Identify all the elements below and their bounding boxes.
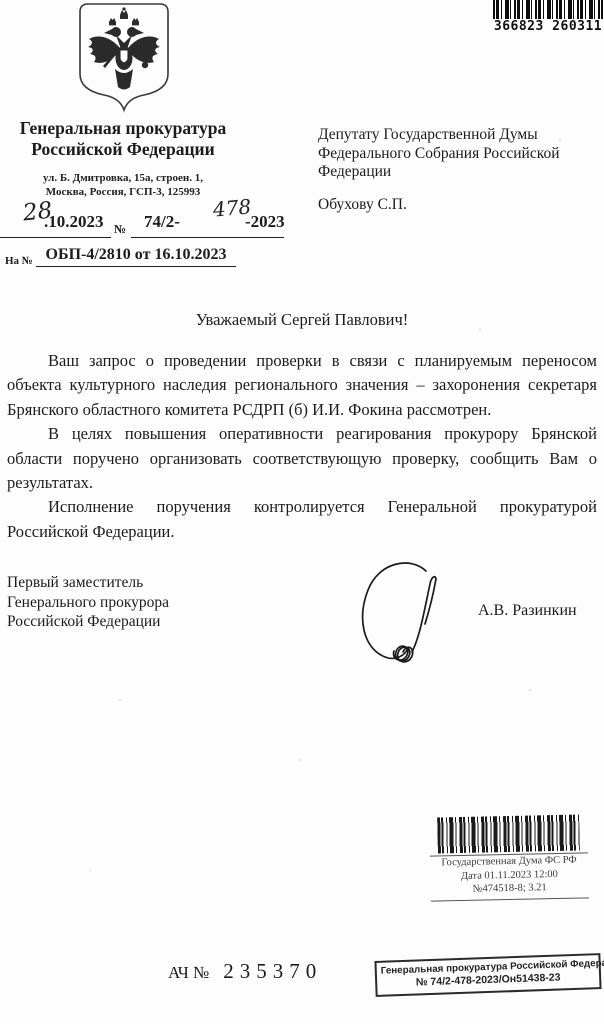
barcode-image xyxy=(493,0,603,21)
reply-to-label: На № xyxy=(5,255,33,267)
salutation: Уважаемый Сергей Павлович! xyxy=(0,310,604,330)
body-paragraph-1: Ваш запрос о проведении проверки в связи… xyxy=(7,349,597,422)
reference-block: 28 .10.2023 № 74/2- 478 -2023 На № ОБП-4… xyxy=(0,196,300,280)
barcode-digits: 366823 260311 xyxy=(492,19,604,34)
signer-title-line2: Генерального прокурора xyxy=(7,593,169,613)
recipient-name: Обухову С.П. xyxy=(318,196,598,215)
duma-registration-stamp: Государственная Дума ФС РФ Дата 01.11.20… xyxy=(429,814,589,901)
form-number-value: 235370 xyxy=(223,959,322,983)
number-underline xyxy=(131,237,284,238)
recipient-block: Депутату Государственной Думы Федерально… xyxy=(318,126,598,214)
signer-title-line3: Российской Федерации xyxy=(7,612,169,632)
org-name-line1: Генеральная прокуратура xyxy=(0,118,246,139)
letter-body: Ваш запрос о проведении проверки в связи… xyxy=(7,349,597,544)
scanned-letter-page: 366823 260311 xyxy=(0,0,604,1024)
outgoing-number-prefix: 74/2- xyxy=(144,212,180,232)
number-sign: № xyxy=(114,222,126,237)
signer-title-line1: Первый заместитель xyxy=(7,573,169,593)
handwritten-signature xyxy=(350,554,456,666)
duma-barcode-image xyxy=(437,815,580,854)
reply-to-number: ОБП-4/2810 от 16.10.2023 xyxy=(36,246,236,267)
org-address-line1: ул. Б. Дмитровка, 15а, строен. 1, xyxy=(0,171,246,185)
body-paragraph-3: Исполнение поручения контролируется Гене… xyxy=(7,495,597,544)
prosecutor-outgoing-stamp: Генеральная прокуратура Российской Федер… xyxy=(374,953,601,997)
recipient-line2: Федерального Собрания Российской xyxy=(318,145,598,164)
duma-stamp-number: №474518-8; 3.21 xyxy=(431,880,589,897)
form-number-label: АЧ № xyxy=(168,963,209,982)
date-underline xyxy=(0,237,111,238)
org-name-line2: Российской Федерации xyxy=(0,139,246,160)
signer-title: Первый заместитель Генерального прокурор… xyxy=(7,573,169,632)
coat-of-arms-icon xyxy=(78,2,170,114)
signer-name: А.В. Разинкин xyxy=(478,602,577,620)
recipient-line3: Федерации xyxy=(318,163,598,182)
incoming-barcode: 366823 260311 xyxy=(492,0,604,34)
letterhead: Генеральная прокуратура Российской Федер… xyxy=(0,118,246,199)
form-number: АЧ №235370 xyxy=(168,959,322,984)
recipient-line1: Депутату Государственной Думы xyxy=(318,126,598,145)
date-printed: .10.2023 xyxy=(44,212,104,232)
outgoing-number-suffix: -2023 xyxy=(245,212,285,232)
stamp-divider-bottom xyxy=(431,897,589,901)
body-paragraph-2: В целях повышения оперативности реагиров… xyxy=(7,422,597,495)
